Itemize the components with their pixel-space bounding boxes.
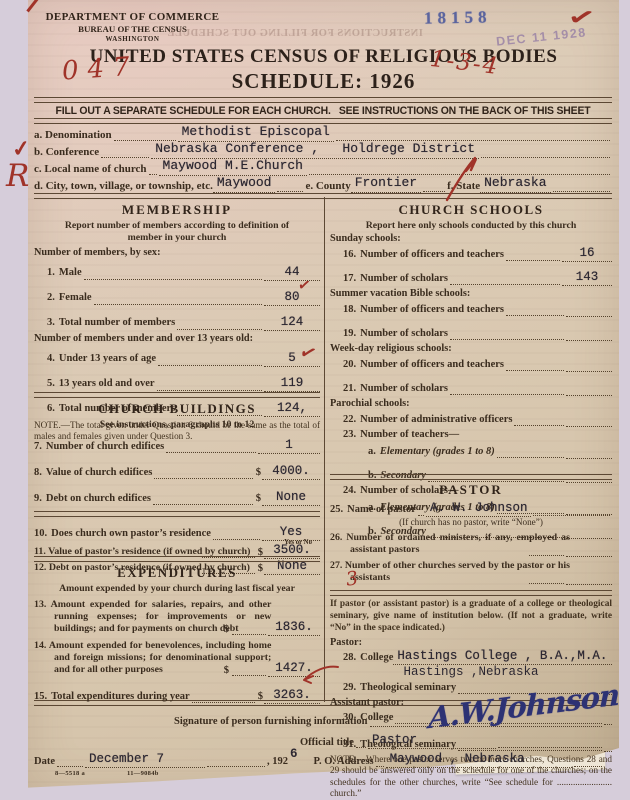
official-title-value: Pastor (368, 734, 496, 749)
banner-text-2: SEE INSTRUCTIONS ON THE BACK OF THIS SHE… (339, 105, 591, 117)
date-label: Date (34, 756, 55, 767)
rule (330, 590, 612, 596)
field-label: c. Local name of church (34, 163, 147, 175)
dotted-leader (498, 735, 602, 748)
question-row-20: 20.Number of officers and teachers (330, 356, 612, 371)
dotted-leader (192, 690, 255, 703)
field-value: Methodist Episcopal (178, 126, 334, 142)
form-codes: 8—5518 a11—9084b (55, 770, 201, 777)
answer-ss-officers: 16 (562, 247, 612, 262)
official-title-row: Official title Pastor (300, 733, 604, 748)
rule (34, 392, 320, 398)
answer-female: 80 (264, 291, 320, 306)
form-title: UNITED STATES CENSUS OF RELIGIOUS BODIES (28, 46, 619, 68)
dotted-leader (506, 248, 560, 261)
question-row-18: 18.Number of officers and teachers (330, 301, 612, 316)
expenditures-section: EXPENDITURES Amount expended by your chu… (34, 556, 320, 703)
group-label: Number of members under and over 13 year… (34, 333, 320, 344)
section-title: CHURCH SCHOOLS (330, 202, 612, 218)
dotted-leader (529, 571, 564, 584)
dotted-leader (356, 735, 366, 748)
section-title: PASTOR (330, 482, 612, 498)
signature-label: Signature of person furnishing informati… (174, 716, 368, 727)
serial-number-stamp: 18158 (424, 7, 492, 28)
dotted-leader (481, 145, 610, 158)
identification-fields: a. Denomination Methodist Episcopal b. C… (34, 124, 612, 192)
date-address-row: Date December 7 , 192 6 P. O. Address Ma… (34, 752, 604, 767)
question-row-27: 27. Number of other churches served by t… (330, 560, 612, 584)
date-value: December 7 (85, 753, 205, 768)
question-row-25: 25.Name of pastor A. W. Johnson (330, 501, 612, 516)
question-row-2: 2.Female 80 (34, 290, 320, 305)
rule (330, 474, 612, 480)
scanned-census-schedule: { "header": { "dept": "DEPARTMENT OF COM… (0, 0, 630, 800)
answer-edifice-value: 4000. (262, 465, 320, 480)
dollar-sign: $ (223, 624, 230, 635)
banner-text-1: FILL OUT A SEPARATE SCHEDULE FOR EACH CH… (56, 105, 331, 117)
dollar-sign: $ (223, 665, 230, 676)
dotted-leader (177, 317, 262, 330)
dotted-leader (506, 358, 564, 371)
dotted-leader (154, 466, 252, 479)
dotted-leader (450, 327, 564, 340)
question-row-23: 23.Number of teachers— (330, 429, 612, 441)
field-conference: b. Conference Nebraska Conference , Hold… (34, 141, 612, 158)
dotted-leader (153, 492, 253, 505)
dotted-leader (423, 179, 445, 192)
field-denomination: a. Denomination Methodist Episcopal (34, 124, 612, 141)
form-code-2: 11—9084b (127, 770, 159, 777)
bleedthrough-text: INSTRUCTIONS FOR FILLING OUT SCHEDULE (140, 28, 450, 39)
question-row-10: 10.Does church own pastor’s residence Ye… (34, 525, 320, 540)
dollar-sign: $ (257, 691, 264, 703)
official-title-label: Official title (300, 737, 354, 748)
answer-edifices: 1 (258, 439, 320, 454)
question-row-14: 14. Amount expended for benevolences, in… (34, 640, 320, 676)
answer-total-members: 124 (264, 316, 320, 331)
church-buildings-section: CHURCH BUILDINGS See instructions, parag… (34, 392, 320, 574)
answer-college: Hastings College , B.A.,M.A. (393, 650, 612, 665)
dotted-leader (553, 179, 610, 192)
question-row-9: 9.Debt on church edifices $None (34, 490, 320, 505)
answer-male: 44 (264, 266, 320, 281)
dotted-leader (94, 292, 262, 305)
column-divider (324, 197, 325, 702)
rule (34, 556, 320, 562)
answer-ss-scholars: 143 (562, 271, 612, 286)
po-address-value: Maywood , Nebraska (386, 753, 572, 768)
section-subtitle: Report here only schools conducted by th… (330, 220, 612, 232)
instruction-banner: FILL OUT A SEPARATE SCHEDULE FOR EACH CH… (34, 97, 612, 124)
field-city-county-state: d. City, town, village, or township, etc… (34, 175, 612, 192)
field-label: e. County (305, 180, 350, 192)
field-value: Maywood (213, 177, 276, 193)
dotted-leader (309, 162, 610, 175)
dotted-leader (114, 128, 176, 141)
question-row-17: 17.Number of scholars 143 (330, 270, 612, 285)
rule (34, 511, 320, 517)
question-row-7: 7.Number of church edifices 1 (34, 438, 320, 453)
dotted-leader (84, 267, 262, 280)
question-row-19: 19.Number of scholars (330, 325, 612, 340)
dotted-leader (158, 353, 262, 366)
section-subtitle: Amount expended by your church during la… (34, 583, 320, 595)
answer-college-line2: Hastings ,Nebraska (330, 665, 612, 679)
section-title: EXPENDITURES (34, 565, 320, 581)
dotted-leader (450, 382, 564, 395)
question-row-16: 16.Number of officers and teachers 16 (330, 246, 612, 261)
dotted-leader (418, 503, 424, 516)
answer-salaries: 1836. (268, 621, 320, 636)
pastor-label: Pastor: (330, 637, 612, 648)
form-code-1: 8—5518 a (55, 770, 85, 777)
pastor-section: PASTOR 25.Name of pastor A. W. Johnson (… (330, 474, 612, 800)
group-label: Summer vacation Bible schools: (330, 288, 612, 299)
section-subtitle: See instructions, paragraphs 10 to 12 (34, 419, 320, 431)
answer-benevolences: 1427. (268, 662, 320, 677)
dotted-leader (376, 754, 384, 767)
dotted-leader (232, 622, 266, 635)
answer-total-expenditures: 3263. (264, 689, 320, 704)
field-label: d. City, town, village, or township, etc… (34, 180, 213, 192)
dotted-leader (232, 663, 266, 676)
question-row-21: 21.Number of scholars (330, 380, 612, 395)
answer-pastor-name: A. W. Johnson (426, 502, 532, 517)
dotted-leader (506, 303, 564, 316)
question-row-4: 4.Under 13 years of age 5 (34, 351, 320, 366)
question-row-26: 26. Number of ordained ministers, if any… (330, 532, 612, 556)
field-local-name: c. Local name of church Maywood M.E.Chur… (34, 158, 612, 175)
question-row-1: 1.Male 44 (34, 265, 320, 280)
field-label: f. State (447, 180, 480, 192)
question-row-13: 13. Amount expended for salaries, repair… (34, 599, 320, 635)
dotted-leader (57, 754, 83, 767)
group-label: Parochial schools: (330, 398, 612, 409)
dotted-leader (213, 527, 260, 540)
dotted-leader (277, 179, 303, 192)
dollar-sign: $ (255, 467, 262, 479)
graduate-instructions: If pastor (or assistant pastor) is a gra… (330, 599, 612, 634)
dotted-leader (533, 503, 610, 516)
field-label: b. Conference (34, 146, 99, 158)
section-subtitle: Report number of members according to de… (65, 220, 289, 231)
answer-under-13: 5 (264, 352, 320, 367)
department-line: DEPARTMENT OF COMMERCE (40, 11, 225, 23)
question-row-3: 3.Total number of members 124 (34, 315, 320, 330)
dotted-leader (514, 413, 564, 426)
po-address-label: P. O. Address (314, 756, 374, 767)
form-subtitle: SCHEDULE: 1926 (28, 69, 619, 94)
question-row-28: 28.College Hastings College , B.A.,M.A. (330, 649, 612, 664)
field-label: a. Denomination (34, 129, 112, 141)
field-value: Nebraska (480, 177, 550, 193)
date-year-typed: 6 (288, 747, 298, 761)
rule (34, 193, 612, 199)
field-value: Nebraska Conference , Holdrege District (151, 143, 479, 159)
group-label: Week-day religious schools: (330, 343, 612, 354)
dotted-leader (207, 754, 265, 767)
dotted-leader (336, 128, 610, 141)
field-value: Frontier (351, 177, 421, 193)
dotted-leader (157, 378, 262, 391)
dotted-leader (450, 272, 560, 285)
dotted-leader (149, 162, 157, 175)
question-row-22: 22.Number of administrative officers (330, 411, 612, 426)
answer-edifice-debt: None (262, 491, 320, 506)
question-row-23a: a.Elementary (grades 1 to 8) (330, 443, 612, 458)
section-title: CHURCH BUILDINGS (34, 401, 320, 417)
group-label: Sunday schools: (330, 233, 612, 244)
section-title: MEMBERSHIP (34, 202, 320, 218)
dotted-leader (574, 754, 602, 767)
dotted-leader (166, 440, 256, 453)
field-value: Maywood M.E.Church (159, 160, 307, 176)
group-label: Number of members, by sex: (34, 247, 320, 258)
dotted-leader (497, 445, 564, 458)
form-content: DEPARTMENT OF COMMERCE BUREAU OF THE CEN… (0, 0, 630, 800)
dotted-leader (529, 543, 564, 556)
pastor-name-hint: (If church has no pastor, write “None”) (330, 517, 612, 528)
question-row-8: 8.Value of church edifices $4000. (34, 464, 320, 479)
printed-year-prefix: , 192 (267, 756, 288, 767)
dotted-leader (101, 145, 149, 158)
question-row-5: 5.13 years old and over 119 (34, 376, 320, 391)
question-row-15: 15.Total expenditures during year $3263. (34, 688, 320, 703)
dollar-sign: $ (255, 493, 262, 505)
answer-13-over: 119 (264, 377, 320, 392)
